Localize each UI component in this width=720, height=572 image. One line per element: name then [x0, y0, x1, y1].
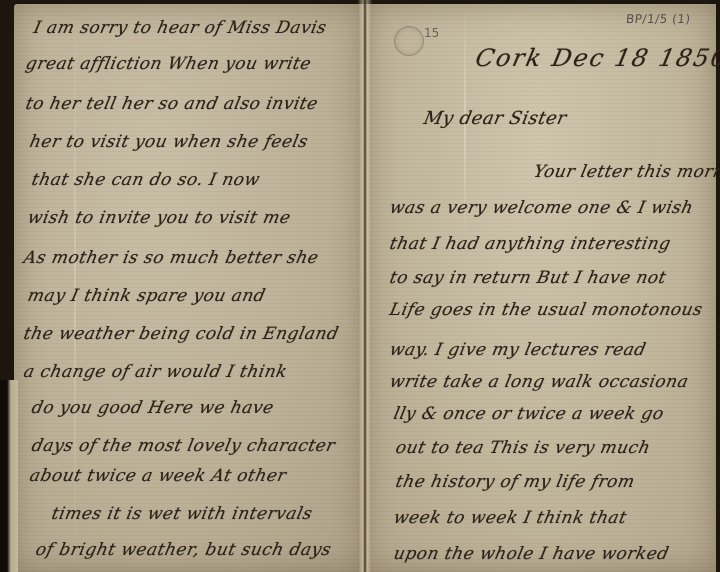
text-line: about twice a week At other — [28, 466, 288, 486]
torn-paper-edge — [0, 380, 18, 572]
center-fold — [358, 0, 372, 572]
text-line: to say in return But I have not — [388, 268, 668, 288]
archive-reference: BP/1/5 (1) — [625, 12, 691, 26]
letter-scan: I am sorry to hear of Miss Davis great a… — [0, 0, 720, 572]
letter-dateline: Cork Dec 18 1850 — [473, 44, 720, 72]
text-line: her to visit you when she feels — [28, 132, 310, 152]
letter-page-right: 15 BP/1/5 (1) Cork Dec 18 1850 My dear S… — [364, 4, 716, 572]
text-line: that she can do so. I now — [30, 170, 262, 190]
letter-salutation: My dear Sister — [422, 108, 569, 129]
folio-number: 15 — [424, 26, 439, 40]
text-line: As mother is so much better she — [22, 248, 321, 268]
text-line: a change of air would I think — [22, 362, 289, 382]
text-line: was a very welcome one & I wish — [388, 198, 695, 218]
text-line: the history of my life from — [394, 472, 637, 492]
text-line: days of the most lovely character — [30, 436, 337, 456]
text-line: way. I give my lectures read — [388, 340, 648, 360]
text-line: do you good Here we have — [30, 398, 276, 418]
text-line: wish to invite you to visit me — [26, 208, 293, 228]
text-line: that I had anything interesting — [388, 234, 673, 254]
letter-page-left: I am sorry to hear of Miss Davis great a… — [14, 4, 364, 572]
text-line: times it is wet with intervals — [50, 504, 314, 524]
text-line: of bright weather, but such days — [34, 540, 333, 560]
text-line: lly & once or twice a week go — [392, 404, 666, 424]
text-line: great affliction When you write — [24, 54, 313, 74]
text-line: week to week I think that — [392, 508, 629, 528]
text-line: out to tea This is very much — [394, 438, 652, 458]
text-line: Life goes in the usual monotonous — [388, 300, 705, 320]
text-line: upon the whole I have worked — [392, 544, 671, 564]
text-line: may I think spare you and — [26, 286, 268, 306]
archive-stamp-icon — [394, 26, 424, 56]
text-line: Your letter this morning — [532, 162, 720, 182]
text-line: I am sorry to hear of Miss Davis — [32, 18, 329, 38]
text-line: to her tell her so and also invite — [24, 94, 320, 114]
text-line: write take a long walk occasiona — [388, 372, 691, 392]
text-line: the weather being cold in England — [22, 324, 341, 344]
